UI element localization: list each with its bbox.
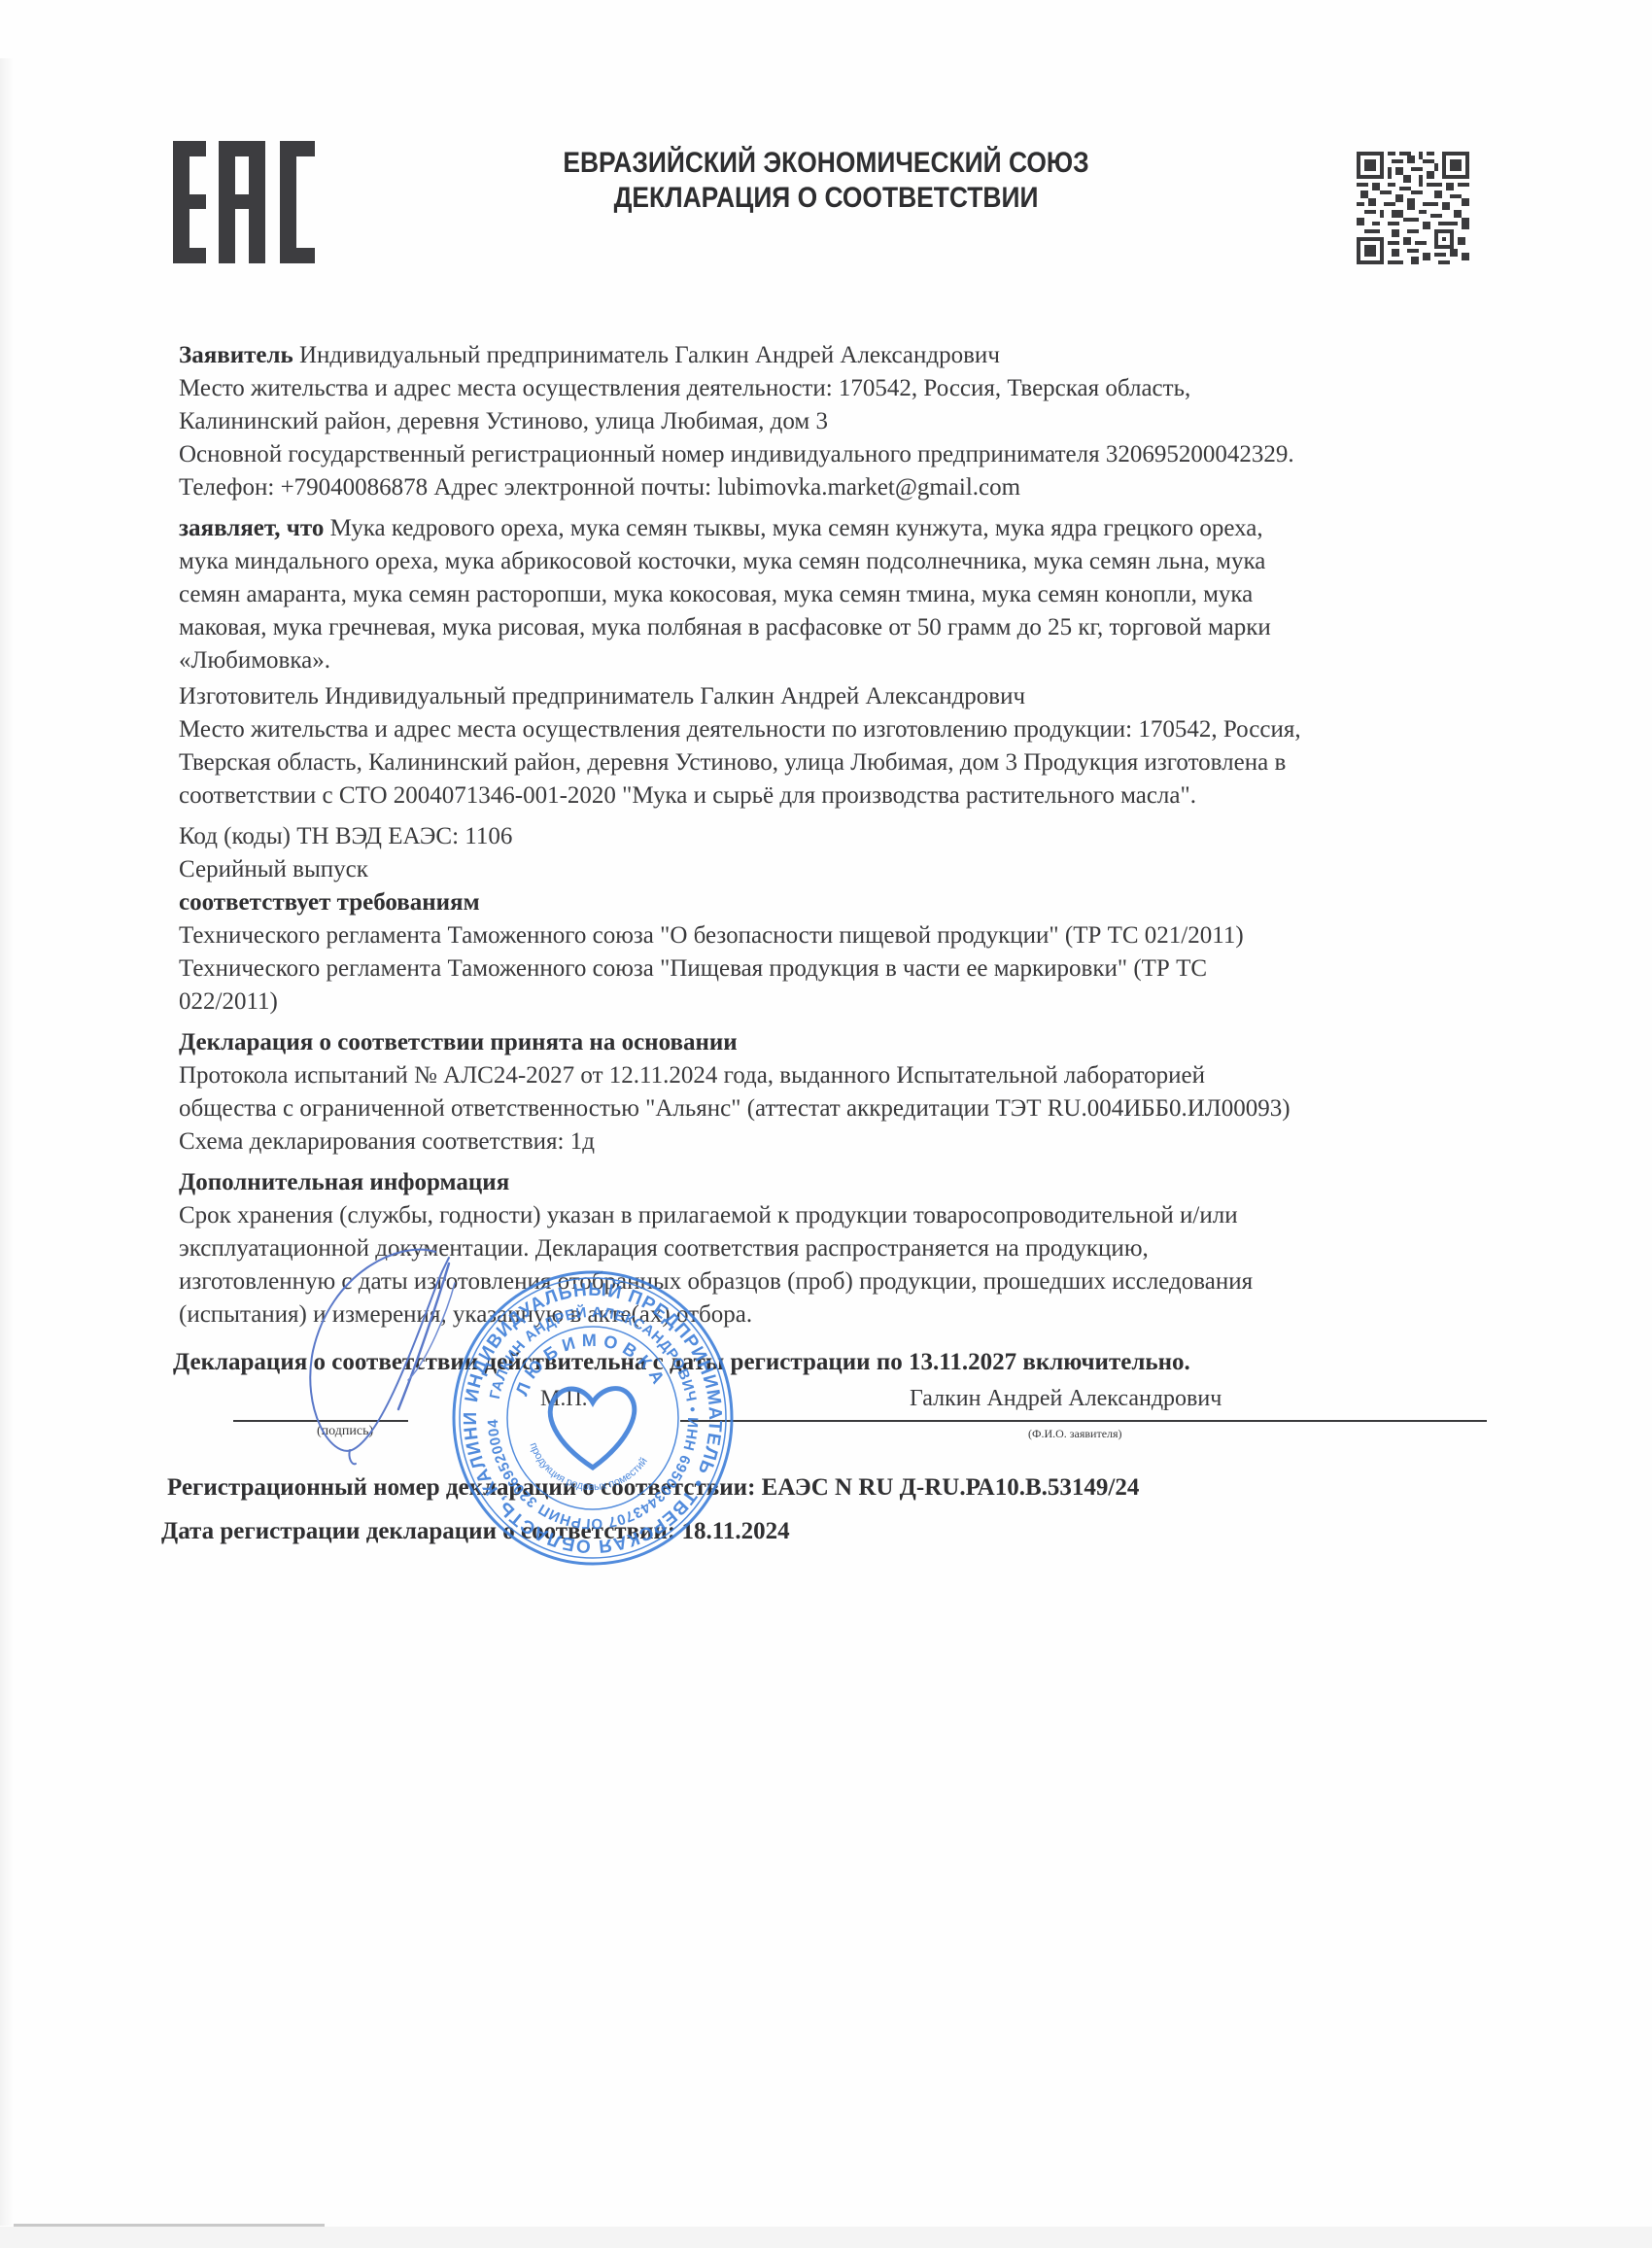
product-list-5: «Любимовка».	[179, 646, 330, 675]
additional-line-1: Срок хранения (службы, годности) указан …	[179, 1201, 1238, 1230]
basis-heading: Декларация о соответствии принята на осн…	[179, 1028, 738, 1057]
applicant-contacts: Телефон: +79040086878 Адрес электронной …	[179, 473, 1020, 502]
signature-rule	[233, 1420, 408, 1422]
manufacturer-line-1: Изготовитель Индивидуальный предпринимат…	[179, 682, 1025, 711]
manufacturer-line-4: соответствии с СТО 2004071346-001-2020 "…	[179, 781, 1196, 811]
signature-caption: (подпись)	[317, 1424, 373, 1439]
additional-line-4: (испытания) и измерения, указанную в акт…	[179, 1300, 752, 1330]
stamp-place: М.П.	[540, 1384, 588, 1413]
applicant-ogrnip: Основной государственный регистрационный…	[179, 440, 1294, 469]
validity-statement: Декларация о соответствии действительна …	[173, 1348, 1190, 1377]
scan-edge-left	[0, 58, 14, 2226]
tn-ved-code: Код (коды) ТН ВЭД ЕАЭС: 1106	[179, 822, 512, 851]
requirements-heading: соответствует требованиям	[179, 888, 480, 917]
requirement-1: Технического регламента Таможенного союз…	[179, 921, 1244, 951]
applicant-address-2: Калининский район, деревня Устиново, ули…	[179, 407, 828, 436]
applicant-line: Заявитель Индивидуальный предприниматель…	[179, 341, 1000, 370]
registration-number: Регистрационный номер декларации о соотв…	[167, 1473, 1139, 1503]
scan-shadow-bottom	[14, 2224, 325, 2227]
requirement-2: Технического регламента Таможенного союз…	[179, 954, 1207, 984]
qr-code-icon[interactable]	[1357, 151, 1469, 265]
document-header: ЕВРАЗИЙСКИЙ ЭКОНОМИЧЕСКИЙ СОЮЗ ДЕКЛАРАЦИ…	[475, 146, 1177, 216]
applicant-name: Индивидуальный предприниматель Галкин Ан…	[293, 342, 1000, 368]
eac-logo-icon	[173, 141, 315, 263]
product-list-1: Мука кедрового ореха, мука семян тыквы, …	[324, 515, 1262, 541]
requirement-2-cont: 022/2011)	[179, 987, 278, 1017]
name-rule	[680, 1420, 1487, 1422]
declares-line-1: заявляет, что Мука кедрового ореха, мука…	[179, 514, 1263, 543]
basis-line-3: Схема декларирования соответствия: 1д	[179, 1127, 595, 1157]
applicant-label: Заявитель	[179, 342, 293, 368]
basis-line-2: общества с ограниченной ответственностью…	[179, 1094, 1291, 1124]
product-list-3: семян амаранта, мука семян расторопши, м…	[179, 580, 1253, 609]
union-title: ЕВРАЗИЙСКИЙ ЭКОНОМИЧЕСКИЙ СОЮЗ	[475, 146, 1177, 181]
declares-label: заявляет, что	[179, 515, 324, 541]
basis-line-1: Протокола испытаний № АЛС24-2027 от 12.1…	[179, 1061, 1205, 1090]
additional-line-3: изготовленную с даты изготовления отобра…	[179, 1267, 1253, 1297]
name-caption: (Ф.И.О. заявителя)	[1028, 1427, 1122, 1441]
additional-heading: Дополнительная информация	[179, 1168, 509, 1197]
product-list-2: мука миндального ореха, мука абрикосовой…	[179, 547, 1265, 576]
manufacturer-line-3: Тверская область, Калининский район, дер…	[179, 748, 1286, 778]
manufacturer-line-2: Место жительства и адрес места осуществл…	[179, 715, 1301, 744]
applicant-address-1: Место жительства и адрес места осуществл…	[179, 374, 1190, 403]
release-type: Серийный выпуск	[179, 855, 368, 884]
additional-line-2: эксплуатационной документации. Деклараци…	[179, 1234, 1149, 1263]
signer-name: Галкин Андрей Александрович	[910, 1384, 1222, 1413]
document-title: ДЕКЛАРАЦИЯ О СООТВЕТСТВИИ	[475, 181, 1177, 216]
scan-edge-bottom	[0, 2227, 1652, 2248]
registration-date: Дата регистрации декларации о соответств…	[161, 1517, 790, 1546]
product-list-4: маковая, мука гречневая, мука рисовая, м…	[179, 613, 1271, 642]
